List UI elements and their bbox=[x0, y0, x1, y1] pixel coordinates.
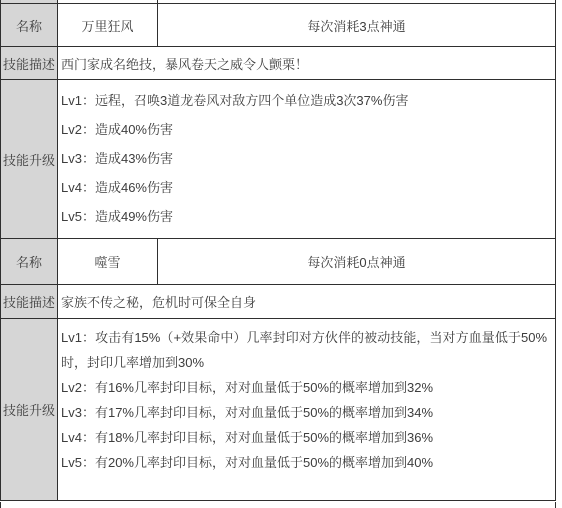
table-row-skill2-desc: 技能描述 家族不传之秘，危机时可保全自身 bbox=[1, 285, 555, 319]
table-row-skill2-name: 名称 噬雪 每次消耗0点神通 bbox=[1, 239, 555, 285]
skill2-level-line: Lv1：攻击有15%（+效果命中）几率封印对方伙伴的被动技能，当对方血量低于50… bbox=[61, 325, 547, 375]
skill1-name-cell: 万里狂风 bbox=[58, 4, 158, 46]
skill2-level-line: Lv4：有18%几率封印目标，对对血量低于50%的概率增加到36% bbox=[61, 425, 547, 450]
skill1-level-line: Lv2：造成40%伤害 bbox=[61, 115, 547, 144]
skill2-desc-cell: 家族不传之秘，危机时可保全自身 bbox=[58, 285, 555, 318]
skill1-levels-cell: Lv1：远程，召唤3道龙卷风对敌方四个单位造成3次37%伤害 Lv2：造成40%… bbox=[58, 80, 555, 238]
table-row-skill1-desc: 技能描述 西门家成名绝技，暴风卷天之威令人颤栗！ bbox=[1, 47, 555, 80]
skill2-level-line: Lv5：有20%几率封印目标，对对血量低于50%的概率增加到40% bbox=[61, 450, 547, 475]
skill2-level-line: Lv3：有17%几率封印目标，对对血量低于50%的概率增加到34% bbox=[61, 400, 547, 425]
skill-info-page: 名称 万里狂风 每次消耗3点神通 技能描述 西门家成名绝技，暴风卷天之威令人颤栗… bbox=[0, 0, 562, 508]
partial-cell bbox=[158, 0, 555, 3]
name-label-cell: 名称 bbox=[1, 239, 58, 284]
table-row-skill1-name: 名称 万里狂风 每次消耗3点神通 bbox=[1, 4, 555, 47]
partial-cell bbox=[58, 0, 158, 3]
skill1-level-line: Lv3：造成43%伤害 bbox=[61, 144, 547, 173]
upgrade-label-cell: 技能升级 bbox=[1, 80, 58, 238]
skill2-cost-cell: 每次消耗0点神通 bbox=[158, 239, 555, 284]
desc-label-cell: 技能描述 bbox=[1, 285, 58, 318]
skill-table: 名称 万里狂风 每次消耗3点神通 技能描述 西门家成名绝技，暴风卷天之威令人颤栗… bbox=[0, 0, 556, 501]
name-label-cell: 名称 bbox=[1, 4, 58, 46]
skill2-levels-cell: Lv1：攻击有15%（+效果命中）几率封印对方伙伴的被动技能，当对方血量低于50… bbox=[58, 319, 555, 500]
upgrade-label-cell: 技能升级 bbox=[1, 319, 58, 500]
table-row-skill2-upgrade: 技能升级 Lv1：攻击有15%（+效果命中）几率封印对方伙伴的被动技能，当对方血… bbox=[1, 319, 555, 501]
skill1-cost-cell: 每次消耗3点神通 bbox=[158, 4, 555, 46]
skill2-level-line: Lv2：有16%几率封印目标，对对血量低于50%的概率增加到32% bbox=[61, 375, 547, 400]
desc-label-cell: 技能描述 bbox=[1, 47, 58, 79]
table-row-partial-bottom bbox=[0, 502, 556, 508]
skill1-desc-cell: 西门家成名绝技，暴风卷天之威令人颤栗！ bbox=[58, 47, 555, 79]
partial-label-cell bbox=[1, 0, 58, 3]
table-row-skill1-upgrade: 技能升级 Lv1：远程，召唤3道龙卷风对敌方四个单位造成3次37%伤害 Lv2：… bbox=[1, 80, 555, 239]
skill1-level-line: Lv1：远程，召唤3道龙卷风对敌方四个单位造成3次37%伤害 bbox=[61, 86, 547, 115]
skill1-level-line: Lv4：造成46%伤害 bbox=[61, 173, 547, 202]
skill2-name-cell: 噬雪 bbox=[58, 239, 158, 284]
skill1-level-line: Lv5：造成49%伤害 bbox=[61, 202, 547, 231]
